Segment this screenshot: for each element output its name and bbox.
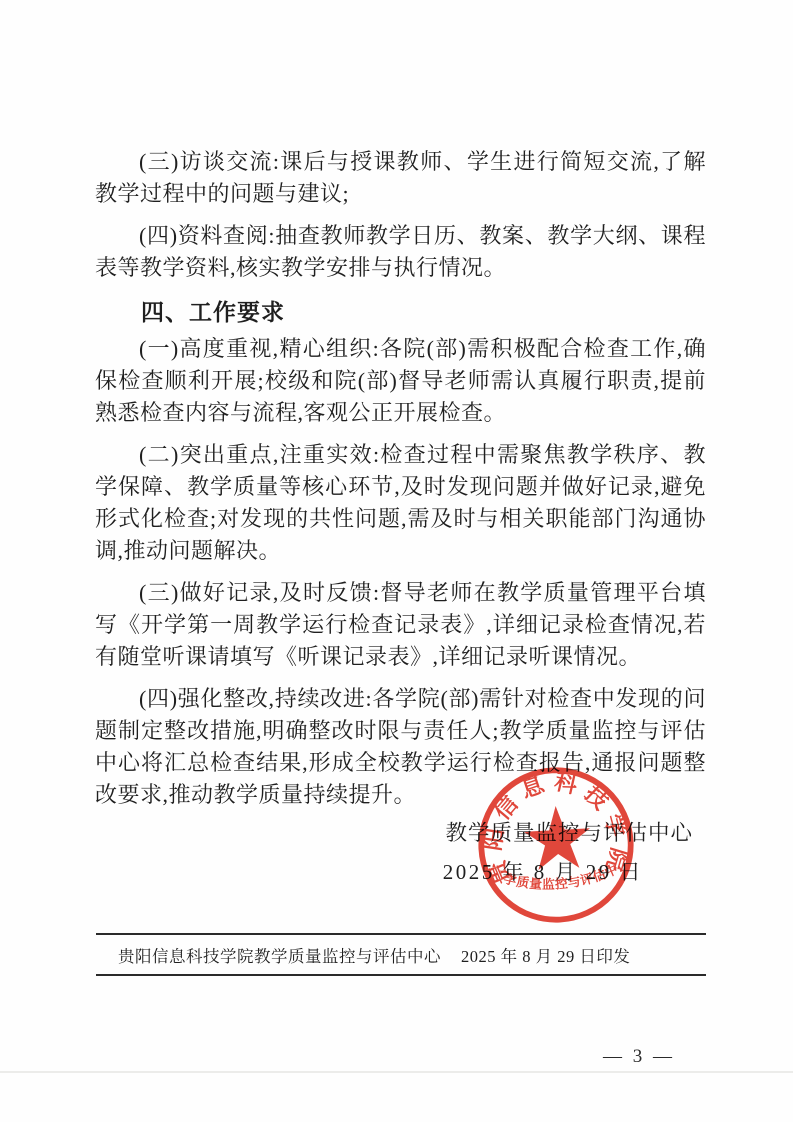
scan-edge-shadow: [0, 1071, 793, 1073]
signature-organization: 教学质量监控与评估中心: [445, 816, 693, 847]
footer-colophon: 贵阳信息科技学院教学质量监控与评估中心 2025 年 8 月 29 日印发: [96, 933, 706, 976]
paragraph-interview-exchange: (三)访谈交流:课后与授课教师、学生进行简短交流,了解教学过程中的问题与建议;: [95, 146, 706, 210]
paragraph-material-review: (四)资料查阅:抽查教师教学日历、教案、教学大纲、课程表等教学资料,核实教学安排…: [95, 220, 706, 284]
paragraph-requirement-1: (一)高度重视,精心组织:各院(部)需积极配合检查工作,确保检查顺利开展;校级和…: [95, 333, 706, 429]
section-heading-work-requirements: 四、工作要求: [95, 297, 706, 329]
paragraph-requirement-4: (四)强化整改,持续改进:各学院(部)需针对检查中发现的问题制定整改措施,明确整…: [95, 683, 706, 811]
footer-issuer: 贵阳信息科技学院教学质量监控与评估中心: [118, 943, 441, 967]
paragraph-requirement-2: (二)突出重点,注重实效:检查过程中需聚焦教学秩序、教学保障、教学质量等核心环节…: [95, 439, 706, 567]
paragraph-requirement-3: (三)做好记录,及时反馈:督导老师在教学质量管理平台填写《开学第一周教学运行检查…: [95, 577, 706, 673]
page-number: — 3 —: [603, 1046, 675, 1068]
document-page: (三)访谈交流:课后与授课教师、学生进行简短交流,了解教学过程中的问题与建议; …: [0, 0, 793, 1122]
signature-date: 2025 年 8 月 29 日: [443, 856, 643, 886]
footer-print-date: 2025 年 8 月 29 日印发: [461, 943, 630, 967]
document-body: (三)访谈交流:课后与授课教师、学生进行简短交流,了解教学过程中的问题与建议; …: [95, 146, 706, 811]
